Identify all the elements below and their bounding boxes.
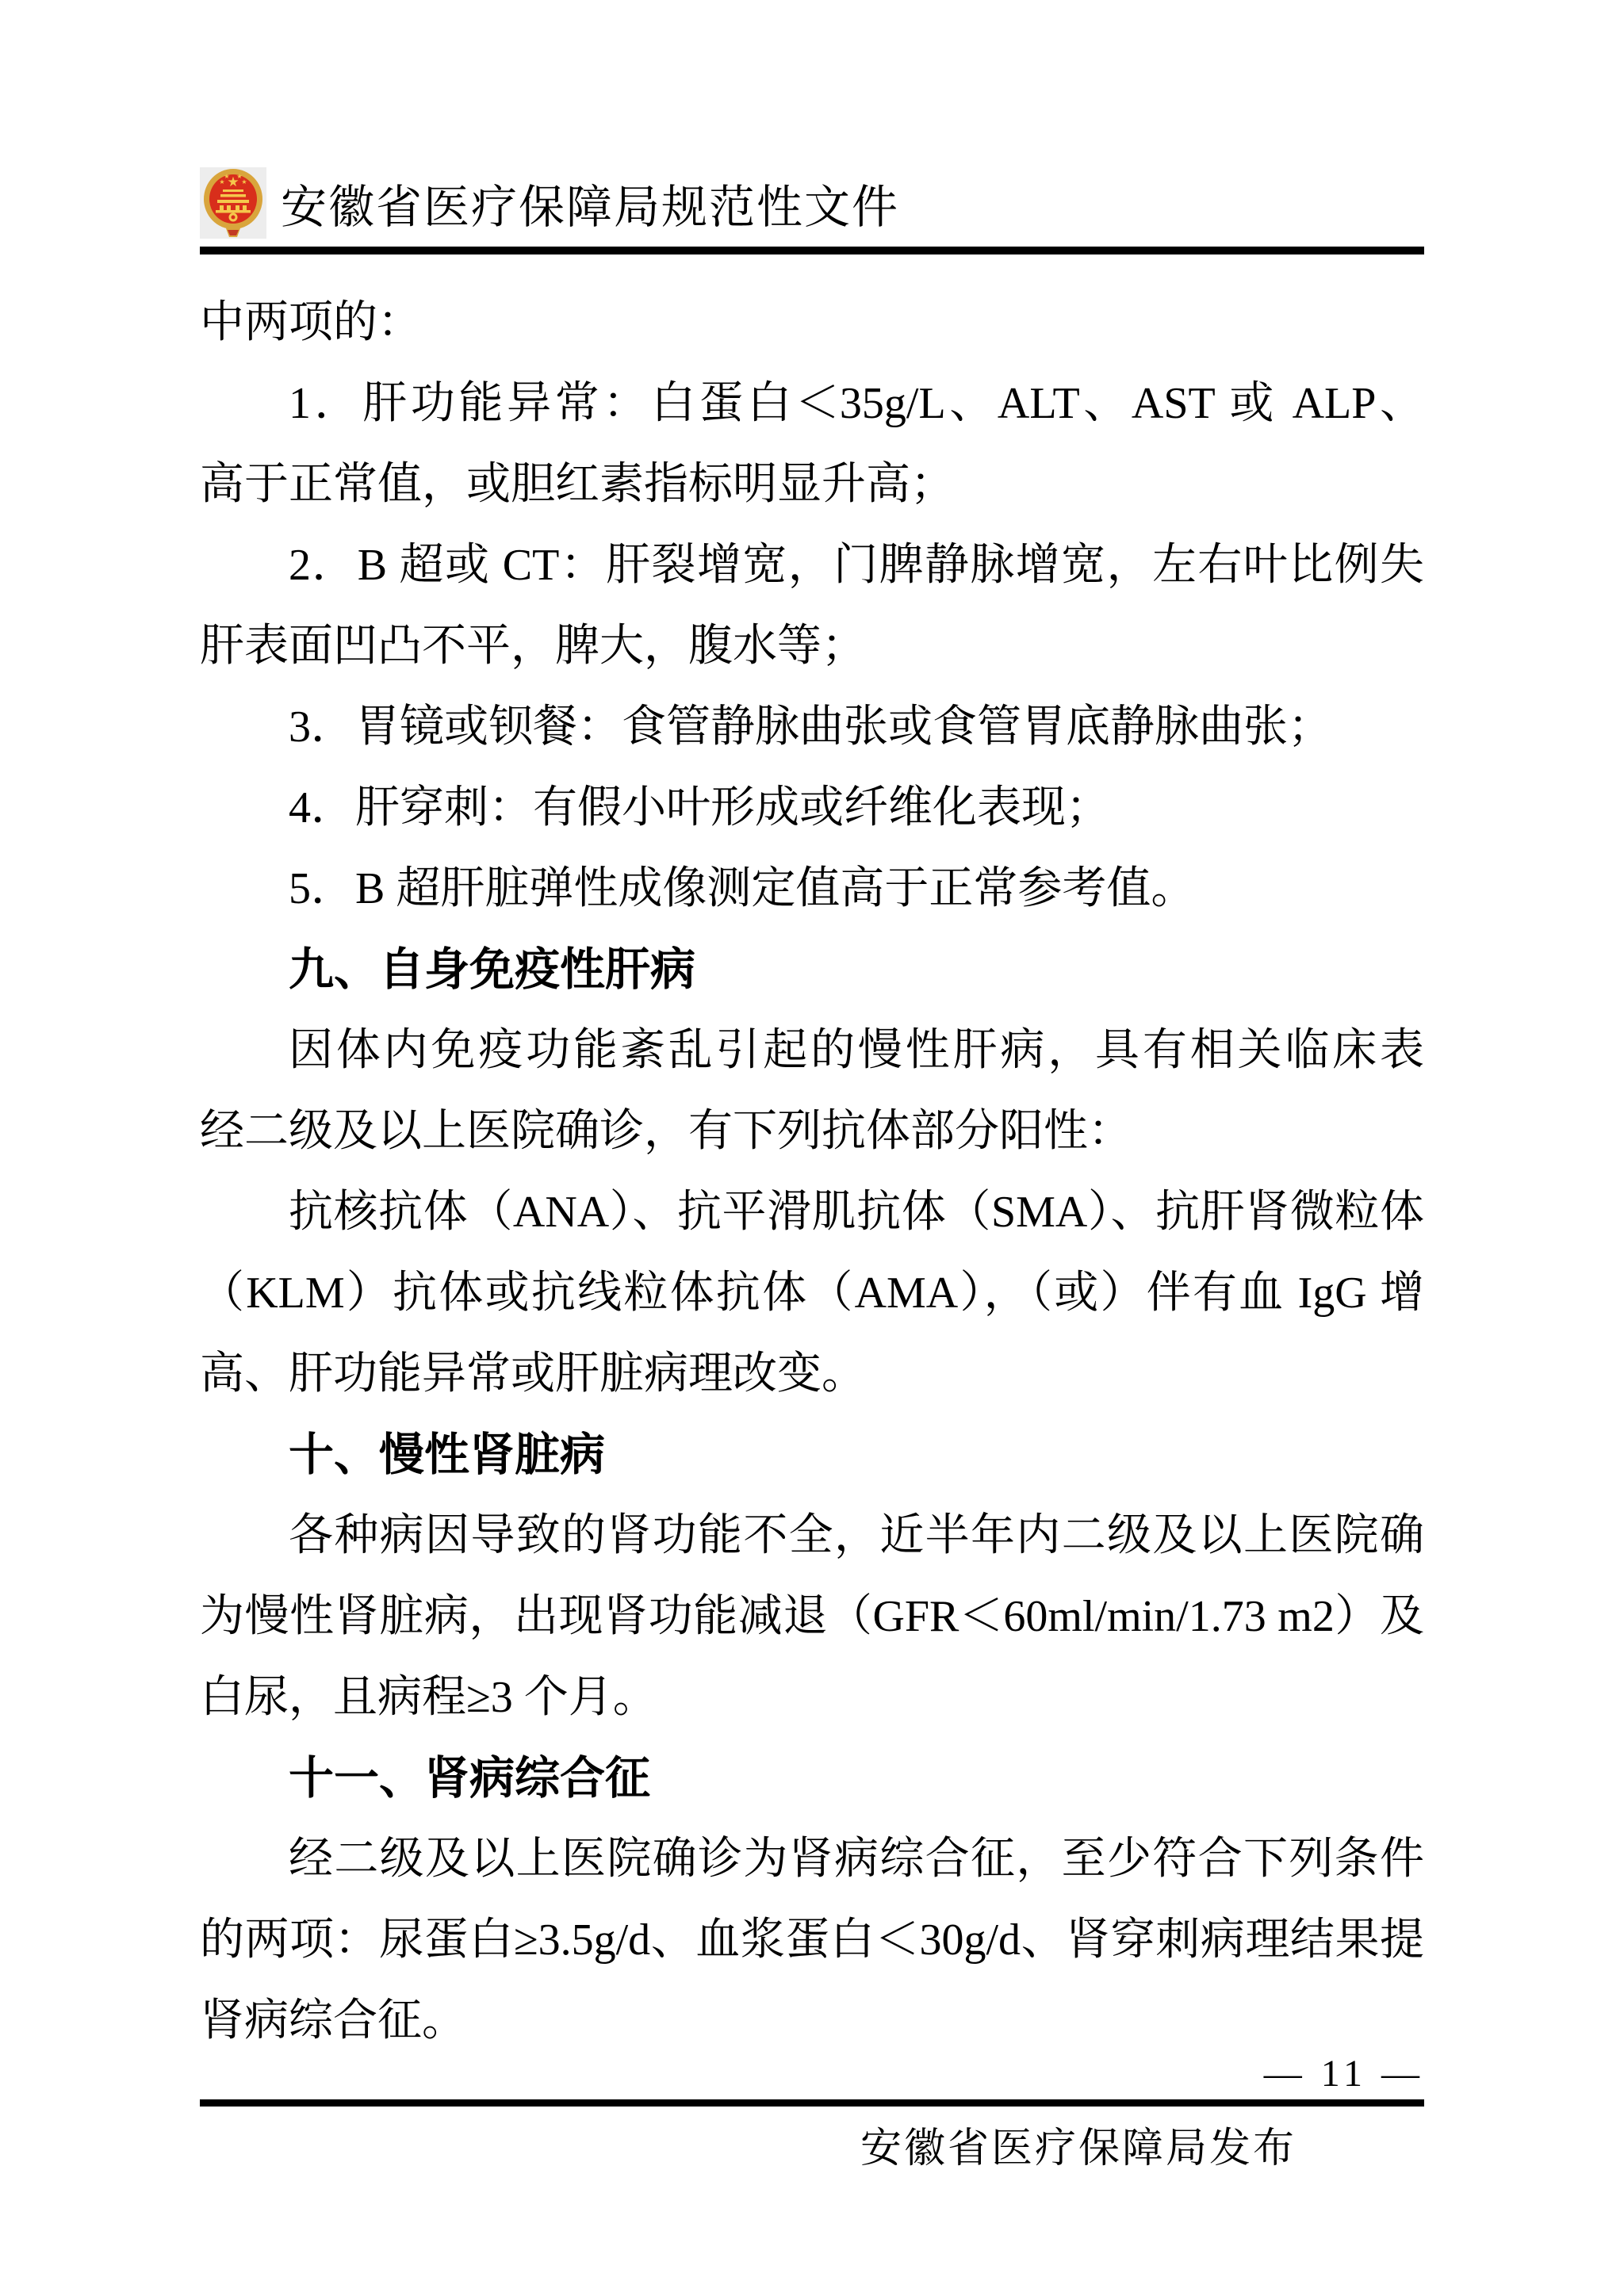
body-line: 肝表面凹凸不平，脾大，腹水等； [200, 606, 1424, 687]
body-line: 白尿，且病程≥3 个月。 [200, 1657, 1424, 1738]
document-body: 中两项的： 1．肝功能异常：白蛋白＜35g/L、ALT、AST 或 ALP、GG… [200, 282, 1424, 2061]
body-line: 抗核抗体（ANA）、抗平滑肌抗体（SMA）、抗肝肾微粒体 [200, 1172, 1424, 1253]
body-line: 因体内免疫功能紊乱引起的慢性肝病，具有相关临床表现， [200, 1010, 1424, 1091]
document-header: ★ ★ ★ ★ ★ 安徽省医疗保障 [200, 166, 1424, 239]
body-line: 经二级及以上医院确诊，有下列抗体部分阳性： [200, 1091, 1424, 1172]
body-line: 5．B 超肝脏弹性成像测定值高于正常参考值。 [200, 848, 1424, 929]
header-title: 安徽省医疗保障局规范性文件 [281, 170, 899, 236]
body-line: （KLM）抗体或抗线粒体抗体（AMA），（或）伴有血 IgG 增 [200, 1253, 1424, 1334]
body-line: 各种病因导致的肾功能不全，近半年内二级及以上医院确诊 [200, 1495, 1424, 1576]
section-heading: 十、慢性肾脏病 [200, 1414, 1424, 1495]
header-rule [200, 247, 1424, 254]
svg-text:★: ★ [241, 178, 247, 186]
body-line: 3．胃镜或钡餐：食管静脉曲张或食管胃底静脉曲张； [200, 687, 1424, 767]
body-line: 的两项：尿蛋白≥3.5g/d、血浆蛋白＜30g/d、肾穿刺病理结果提示 [200, 1900, 1424, 1980]
body-line: 中两项的： [200, 282, 1424, 363]
body-line: 2．B 超或 CT：肝裂增宽，门脾静脉增宽，左右叶比例失调， [200, 525, 1424, 606]
body-line: 经二级及以上医院确诊为肾病综合征，至少符合下列条件中 [200, 1819, 1424, 1900]
section-heading: 十一、肾病综合征 [200, 1738, 1424, 1819]
body-line: 1．肝功能异常：白蛋白＜35g/L、ALT、AST 或 ALP、GGT [200, 363, 1424, 444]
body-line: 高于正常值，或胆红素指标明显升高； [200, 444, 1424, 525]
national-emblem-icon: ★ ★ ★ ★ ★ [200, 167, 266, 239]
publisher-line: 安徽省医疗保障局发布 [860, 2125, 1297, 2174]
body-line: 4．肝穿刺：有假小叶形成或纤维化表现； [200, 767, 1424, 848]
body-line: 高、肝功能异常或肝脏病理改变。 [200, 1334, 1424, 1414]
page-number: — 11 — [1264, 2052, 1424, 2096]
document-page: ★ ★ ★ ★ ★ 安徽省医疗保障 [0, 0, 1624, 2296]
section-heading: 九、自身免疫性肝病 [200, 929, 1424, 1010]
body-line: 肾病综合征。 [200, 1980, 1424, 2061]
body-line: 为慢性肾脏病，出现肾功能减退（GFR＜60ml/min/1.73 m2）及蛋 [200, 1576, 1424, 1657]
svg-text:★: ★ [224, 173, 229, 180]
footer-rule [200, 2099, 1424, 2107]
